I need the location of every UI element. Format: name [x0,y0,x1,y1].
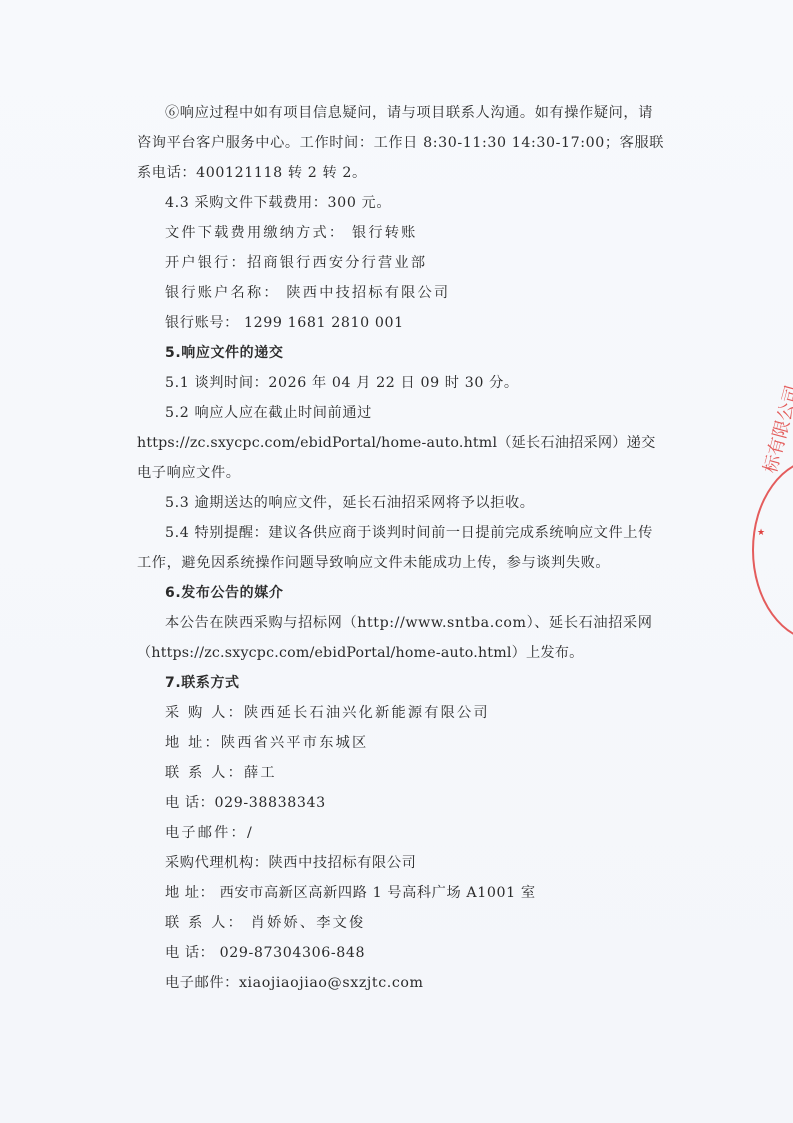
agency-contact-line: 联 系 人： 肖娇娇、李文俊 [165,913,365,933]
fee-line: 4.3 采购文件下载费用：300 元。 [165,193,391,213]
section6-line2: （https://zc.sxycpc.com/ebidPortal/home-a… [137,643,584,663]
section5-heading: 5.响应文件的递交 [165,343,283,363]
purchaser-phone-line: 电 话：029-38838343 [165,793,326,813]
official-seal-stamp [752,458,793,642]
purchaser-email-line: 电子邮件：/ [165,823,254,843]
agency-phone-line: 电 话： 029-87304306-848 [165,943,365,963]
agency-line: 采购代理机构：陕西中技招标有限公司 [165,853,416,873]
item5-4-a: 5.4 特别提醒：建议各供应商于谈判时间前一日提前完成系统响应文件上传 [165,523,653,543]
purchaser-address-line: 地 址：陕西省兴平市东城区 [165,733,368,753]
item5-2-url: https://zc.sxycpc.com/ebidPortal/home-au… [137,433,655,453]
purchaser-contact-line: 联 系 人：薛工 [165,763,277,783]
item6-line3: 系电话：400121118 转 2 转 2。 [137,163,367,183]
bank-line: 开户银行：招商银行西安分行营业部 [165,253,427,273]
purchaser-line: 采 购 人：陕西延长石油兴化新能源有限公司 [165,703,490,723]
section7-heading: 7.联系方式 [165,673,240,693]
account-number-line: 银行账号： 1299 1681 2810 001 [165,313,404,333]
payment-method-line: 文件下载费用缴纳方式： 银行转账 [165,223,418,243]
item6-line1: ⑥响应过程中如有项目信息疑问，请与项目联系人沟通。如有操作疑问，请 [165,103,653,123]
item5-2-c: 电子响应文件。 [137,463,241,483]
item5-4-b: 工作，避免因系统操作问题导致响应文件未能成功上传，参与谈判失败。 [137,553,610,573]
account-name-line: 银行账户名称： 陕西中技招标有限公司 [165,283,450,303]
item5-3: 5.3 逾期送达的响应文件，延长石油招采网将予以拒收。 [165,493,535,513]
item6-line2: 咨询平台客户服务中心。工作时间：工作日 8:30-11:30 14:30-17:… [137,133,664,153]
seal-star-icon: ★ [757,528,765,538]
section6-line1: 本公告在陕西采购与招标网（http://www.sntba.com）、延长石油招… [165,613,653,633]
section6-heading: 6.发布公告的媒介 [165,583,283,603]
item5-2-a: 5.2 响应人应在截止时间前通过 [165,403,372,423]
agency-email-line: 电子邮件：xiaojiaojiao@sxzjtc.com [165,973,424,993]
document-page: ⑥响应过程中如有项目信息疑问，请与项目联系人沟通。如有操作疑问，请 咨询平台客户… [0,0,793,1123]
agency-address-line: 地 址： 西安市高新区高新四路 1 号高科广场 A1001 室 [165,883,536,903]
item5-1: 5.1 谈判时间：2026 年 04 月 22 日 09 时 30 分。 [165,373,519,393]
